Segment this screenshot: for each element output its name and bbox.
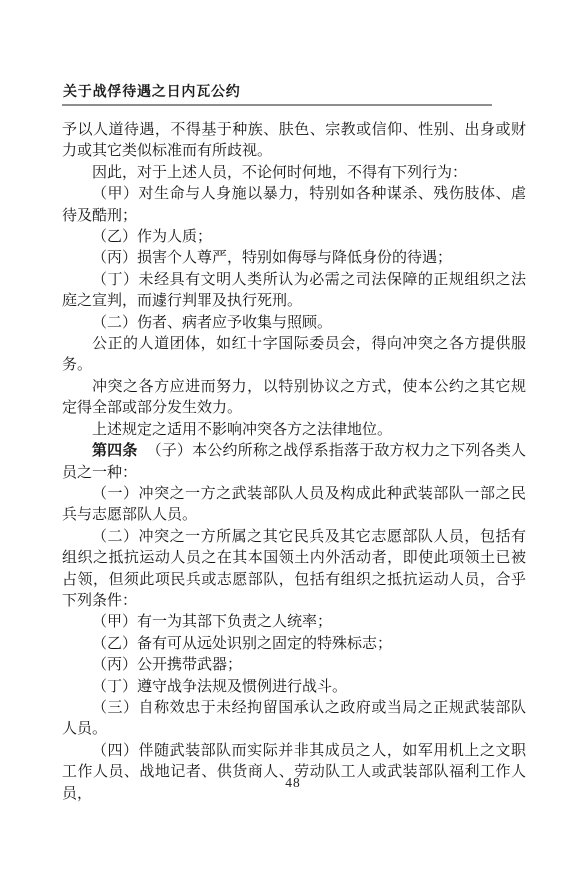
list-item-ding: （丁）未经具有文明人类所认为必需之司法保障的正规组织之法庭之宣判，而遽行判罪及执… — [62, 270, 526, 313]
header-rule — [62, 104, 492, 106]
document-page: 关于战俘待遇之日内瓦公约 予以人道待遇，不得基于种族、肤色、宗教或信仰、性别、出… — [0, 0, 586, 869]
document-body: 予以人道待遇，不得基于种族、肤色、宗教或信仰、性别、出身或财力或其它类似标准而有… — [62, 120, 526, 805]
article-number: 第四条 — [92, 443, 138, 459]
list-item-bing: （丙）损害个人尊严，特别如侮辱与降低身份的待遇； — [62, 248, 526, 269]
paragraph-continuation: 予以人道待遇，不得基于种族、肤色、宗教或信仰、性别、出身或财力或其它类似标准而有… — [62, 120, 526, 163]
list-item-yi: （乙）作为人质； — [62, 227, 526, 248]
paragraph-article-4: 第四条（子）本公约所称之战俘系指落于敌方权力之下列各类人员之一种： — [62, 441, 526, 484]
paragraph: 上述规定之适用不影响冲突各方之法律地位。 — [62, 420, 526, 441]
list-item-2: （二）冲突之一方所属之其它民兵及其它志愿部队人员，包括有组织之抵抗运动人员之在其… — [62, 527, 526, 613]
list-item-4: （四）伴随武装部队而实际并非其成员之人，如军用机上之文职工作人员、战地记者、供货… — [62, 741, 526, 805]
paragraph: 公正的人道团体，如红十字国际委员会，得向冲突之各方提供服务。 — [62, 334, 526, 377]
list-item-1: （一）冲突之一方之武装部队人员及构成此种武装部队一部之民兵与志愿部队人员。 — [62, 484, 526, 527]
paragraph: 冲突之各方应进而努力，以特别协议之方式，使本公约之其它规定得全部或部分发生效力。 — [62, 377, 526, 420]
condition-bing: （丙）公开携带武器； — [62, 655, 526, 676]
running-header-title: 关于战俘待遇之日内瓦公约 — [63, 81, 241, 101]
list-item-er: （二）伤者、病者应予收集与照顾。 — [62, 313, 526, 334]
condition-yi: （乙）备有可从远处识别之固定的特殊标志； — [62, 634, 526, 655]
paragraph: 因此，对于上述人员，不论何时何地，不得有下列行为： — [62, 163, 526, 184]
page-number: 48 — [0, 775, 586, 791]
list-item-3: （三）自称效忠于未经拘留国承认之政府或当局之正规武装部队人员。 — [62, 698, 526, 741]
condition-jia: （甲）有一为其部下负责之人统率； — [62, 612, 526, 633]
condition-ding: （丁）遵守战争法规及惯例进行战斗。 — [62, 677, 526, 698]
list-item-jia: （甲）对生命与人身施以暴力，特别如各种谋杀、残伤肢体、虐待及酷刑； — [62, 184, 526, 227]
